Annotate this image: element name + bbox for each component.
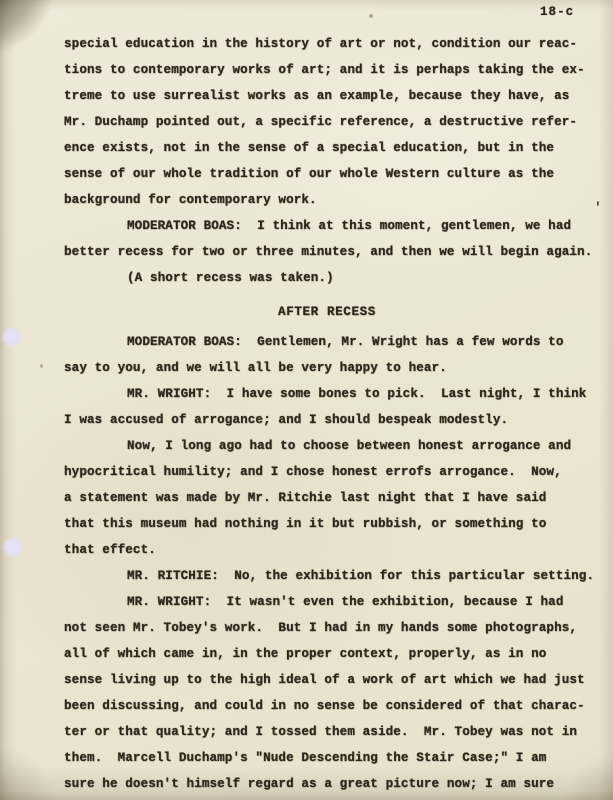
typed-line: special education in the history of art … [64, 31, 590, 57]
typed-line: MODERATOR BOAS: Gentlemen, Mr. Wright ha… [64, 329, 590, 355]
typed-line: tions to contemporary works of art; and … [64, 57, 590, 83]
typed-line: been discussing, and could in no sense b… [64, 693, 590, 719]
typed-line: MODERATOR BOAS: I think at this moment, … [64, 213, 590, 239]
paper-speck [40, 364, 43, 368]
typed-line: sense living up to the high ideal of a w… [64, 667, 590, 693]
typed-line: a statement was made by Mr. Ritchie last… [64, 485, 590, 511]
typed-line: better recess for two or three minutes, … [64, 239, 590, 265]
scanned-page: 18-c ' special education in the history … [0, 0, 613, 800]
typed-line: MR. RITCHIE: No, the exhibition for this… [64, 563, 590, 589]
typed-line: sense of our whole tradition of our whol… [64, 161, 590, 187]
typed-line: Now, I long ago had to choose between ho… [64, 433, 590, 459]
typed-lines: special education in the history of art … [64, 31, 590, 797]
typed-line: say to you, and we will all be very happ… [64, 355, 590, 381]
typed-line: all of which came in, in the proper cont… [64, 641, 590, 667]
typed-line: sure he doesn't himself regard as a grea… [64, 771, 590, 797]
section-heading: AFTER RECESS [64, 299, 590, 325]
typed-line: (A short recess was taken.) [64, 265, 590, 291]
typed-line: them. Marcell Duchamp's "Nude Descending… [64, 745, 590, 771]
typed-line: MR. WRIGHT: It wasn't even the exhibitio… [64, 589, 590, 615]
typed-line: that effect. [64, 537, 590, 563]
page-number: 18-c [540, 5, 574, 19]
typed-line: background for contemporary work. [64, 187, 590, 213]
typed-line: that this museum had nothing in it but r… [64, 511, 590, 537]
typed-line: I was accused of arrogance; and I should… [64, 407, 590, 433]
typed-line: hypocritical humility; and I chose hones… [64, 459, 590, 485]
typed-line: ter or that quality; and I tossed them a… [64, 719, 590, 745]
typed-line: MR. WRIGHT: I have some bones to pick. L… [64, 381, 590, 407]
punch-hole [2, 536, 24, 558]
typed-line: not seen Mr. Tobey's work. But I had in … [64, 615, 590, 641]
stray-ink-mark: ' [594, 200, 602, 215]
typed-line: ence exists, not in the sense of a speci… [64, 135, 590, 161]
punch-hole [1, 326, 23, 348]
typed-line: treme to use surrealist works as an exam… [64, 83, 590, 109]
typed-line: Mr. Duchamp pointed out, a specific refe… [64, 109, 590, 135]
paper-speck [369, 14, 373, 18]
